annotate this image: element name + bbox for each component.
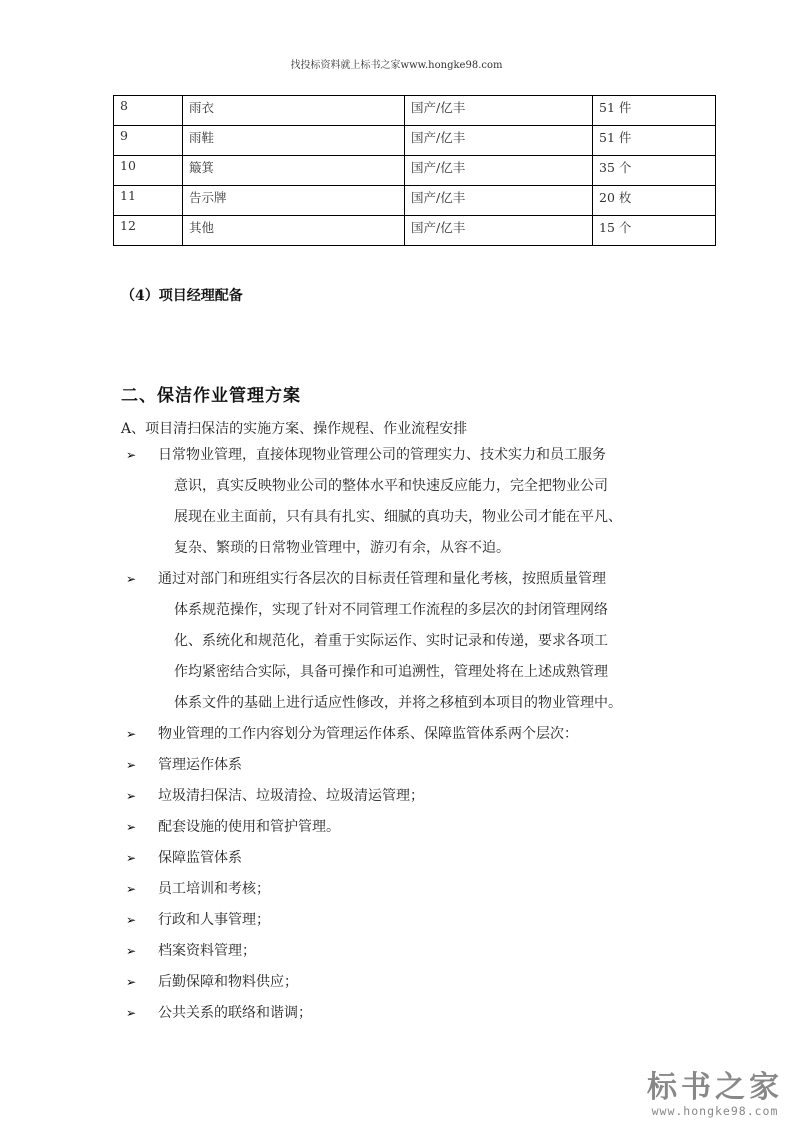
brand-logo-text: 标书之家 bbox=[640, 1062, 790, 1106]
list-item-text: 物业管理的工作内容划分为管理运作体系、保障监管体系两个层次： bbox=[158, 719, 721, 750]
list-item-text: 通过对部门和班组实行各层次的目标责任管理和量化考核，按照质量管理 bbox=[158, 564, 721, 595]
equipment-table: 8 雨衣 国产/亿丰 51 件 9 雨鞋 国产/亿丰 51 件 10 簸箕 国产… bbox=[113, 95, 716, 246]
cell-no: 9 bbox=[114, 126, 183, 156]
list-item: ➢ 行政和人事管理； bbox=[121, 905, 721, 936]
list-item: ➢ 档案资料管理； bbox=[121, 936, 721, 967]
arrowhead-bullet-icon: ➢ bbox=[126, 936, 136, 967]
cell-no: 10 bbox=[114, 156, 183, 186]
list-item-text: 管理运作体系 bbox=[158, 750, 721, 781]
arrowhead-bullet-icon: ➢ bbox=[126, 843, 136, 874]
cell-qty: 20 枚 bbox=[593, 186, 716, 216]
list-item-continuation: 展现在业主面前，只有具有扎实、细腻的真功夫，物业公司才能在平凡、 bbox=[158, 502, 721, 533]
cell-origin: 国产/亿丰 bbox=[405, 156, 593, 186]
list-item: ➢ 公共关系的联络和谐调； bbox=[121, 998, 721, 1029]
cell-qty: 15 个 bbox=[593, 216, 716, 246]
arrowhead-bullet-icon: ➢ bbox=[126, 998, 136, 1029]
table-row: 11 告示牌 国产/亿丰 20 枚 bbox=[114, 186, 716, 216]
cell-no: 8 bbox=[114, 96, 183, 126]
list-item-text: 保障监管体系 bbox=[158, 843, 721, 874]
arrowhead-bullet-icon: ➢ bbox=[126, 812, 136, 843]
arrowhead-bullet-icon: ➢ bbox=[126, 905, 136, 936]
cell-name: 雨鞋 bbox=[183, 126, 405, 156]
arrowhead-bullet-icon: ➢ bbox=[126, 440, 136, 471]
list-item-continuation: 化、系统化和规范化，着重于实际运作、实时记录和传递，要求各项工 bbox=[158, 626, 721, 657]
arrowhead-bullet-icon: ➢ bbox=[126, 874, 136, 905]
cell-origin: 国产/亿丰 bbox=[405, 186, 593, 216]
cell-no: 11 bbox=[114, 186, 183, 216]
list-item-continuation: 复杂、繁琐的日常物业管理中，游刃有余，从容不迫。 bbox=[158, 533, 721, 564]
subheading-project-manager: （4）项目经理配备 bbox=[121, 285, 243, 305]
list-item-text: 行政和人事管理； bbox=[158, 905, 721, 936]
list-item: ➢ 保障监管体系 bbox=[121, 843, 721, 874]
list-item-text: 垃圾清扫保洁、垃圾清捡、垃圾清运管理； bbox=[158, 781, 721, 812]
list-item-continuation: 作均紧密结合实际，具备可操作和可追溯性，管理处将在上述成熟管理 bbox=[158, 657, 721, 688]
list-item: ➢ 配套设施的使用和管护管理。 bbox=[121, 812, 721, 843]
list-item: ➢ 通过对部门和班组实行各层次的目标责任管理和量化考核，按照质量管理 体系规范操… bbox=[121, 564, 721, 719]
arrowhead-bullet-icon: ➢ bbox=[126, 564, 136, 595]
cell-qty: 51 件 bbox=[593, 96, 716, 126]
footer-watermark-logo: 标书之家 www.hongke98.com bbox=[640, 1062, 790, 1118]
brand-url: www.hongke98.com bbox=[640, 1104, 790, 1118]
list-item-continuation: 体系文件的基础上进行适应性修改，并将之移植到本项目的物业管理中。 bbox=[158, 688, 721, 719]
list-item: ➢ 后勤保障和物料供应； bbox=[121, 967, 721, 998]
list-item: ➢ 管理运作体系 bbox=[121, 750, 721, 781]
arrowhead-bullet-icon: ➢ bbox=[126, 719, 136, 750]
list-item-text: 后勤保障和物料供应； bbox=[158, 967, 721, 998]
page-header: 找投标资料就上标书之家www.hongke98.com bbox=[0, 56, 793, 71]
cell-name: 雨衣 bbox=[183, 96, 405, 126]
list-item-continuation: 体系规范操作，实现了针对不同管理工作流程的多层次的封闭管理网络 bbox=[158, 595, 721, 626]
table-row: 12 其他 国产/亿丰 15 个 bbox=[114, 216, 716, 246]
cell-name: 其他 bbox=[183, 216, 405, 246]
list-item: ➢ 垃圾清扫保洁、垃圾清捡、垃圾清运管理； bbox=[121, 781, 721, 812]
cell-name: 簸箕 bbox=[183, 156, 405, 186]
table-row: 8 雨衣 国产/亿丰 51 件 bbox=[114, 96, 716, 126]
cell-origin: 国产/亿丰 bbox=[405, 126, 593, 156]
list-item: ➢ 日常物业管理，直接体现物业管理公司的管理实力、技术实力和员工服务 意识，真实… bbox=[121, 440, 721, 564]
list-item-text: 公共关系的联络和谐调； bbox=[158, 998, 721, 1029]
arrowhead-bullet-icon: ➢ bbox=[126, 967, 136, 998]
cell-no: 12 bbox=[114, 216, 183, 246]
list-item: ➢ 物业管理的工作内容划分为管理运作体系、保障监管体系两个层次： bbox=[121, 719, 721, 750]
list-item-text: 日常物业管理，直接体现物业管理公司的管理实力、技术实力和员工服务 bbox=[158, 440, 721, 471]
list-item-text: 员工培训和考核； bbox=[158, 874, 721, 905]
section-intro: A、项目清扫保洁的实施方案、操作规程、作业流程安排 bbox=[121, 418, 467, 438]
list-item: ➢ 员工培训和考核； bbox=[121, 874, 721, 905]
section-title: 二、保洁作业管理方案 bbox=[121, 381, 301, 406]
list-item-text: 档案资料管理； bbox=[158, 936, 721, 967]
cell-qty: 51 件 bbox=[593, 126, 716, 156]
cell-origin: 国产/亿丰 bbox=[405, 96, 593, 126]
list-item-continuation: 意识，真实反映物业公司的整体水平和快速反应能力，完全把物业公司 bbox=[158, 471, 721, 502]
table-row: 9 雨鞋 国产/亿丰 51 件 bbox=[114, 126, 716, 156]
arrowhead-bullet-icon: ➢ bbox=[126, 781, 136, 812]
table-row: 10 簸箕 国产/亿丰 35 个 bbox=[114, 156, 716, 186]
cell-origin: 国产/亿丰 bbox=[405, 216, 593, 246]
cell-qty: 35 个 bbox=[593, 156, 716, 186]
arrowhead-bullet-icon: ➢ bbox=[126, 750, 136, 781]
bullet-list: ➢ 日常物业管理，直接体现物业管理公司的管理实力、技术实力和员工服务 意识，真实… bbox=[121, 440, 721, 1029]
cell-name: 告示牌 bbox=[183, 186, 405, 216]
list-item-text: 配套设施的使用和管护管理。 bbox=[158, 812, 721, 843]
